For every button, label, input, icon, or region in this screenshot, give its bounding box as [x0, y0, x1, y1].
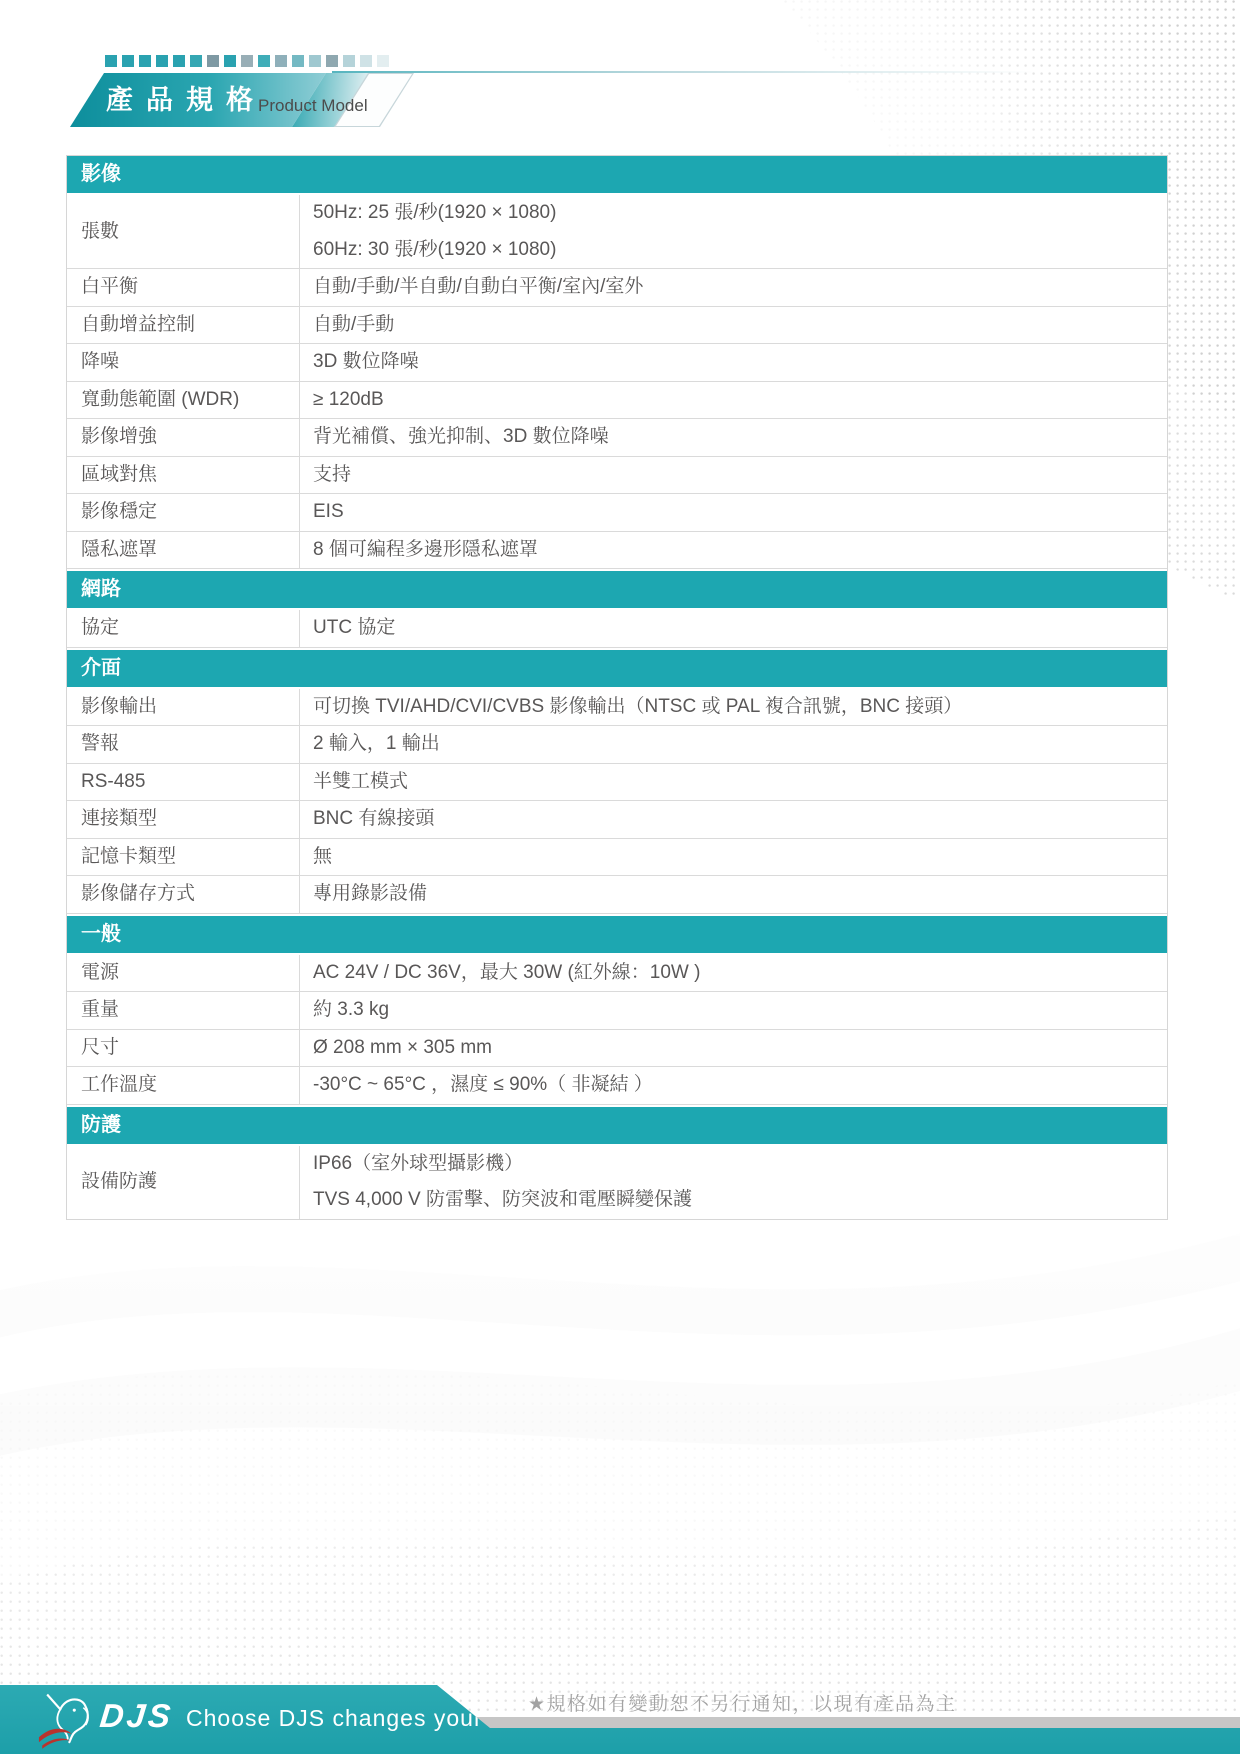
spec-value: 8 個可編程多邊形隱私遮罩	[300, 532, 1167, 569]
spec-row: 重量約 3.3 kg	[67, 992, 1167, 1030]
spec-label: 影像穩定	[67, 494, 300, 531]
spec-value: 背光補償、強光抑制、3D 數位降噪	[300, 419, 1167, 456]
section-header: 一般	[67, 914, 1167, 955]
spec-label: RS-485	[67, 764, 300, 801]
spec-row: 降噪3D 數位降噪	[67, 344, 1167, 382]
spec-value: -30°C ~ 65°C ，濕度 ≤ 90%（ 非凝結 ）	[300, 1067, 1167, 1104]
spec-value: UTC 協定	[300, 610, 1167, 647]
spec-row: 白平衡自動/手動/半自動/自動白平衡/室內/室外	[67, 269, 1167, 307]
spec-label: 連接類型	[67, 801, 300, 838]
spec-label: 記憶卡類型	[67, 839, 300, 876]
spec-label: 寬動態範圍 (WDR)	[67, 382, 300, 419]
decor-square	[173, 55, 185, 67]
spec-row: 影像儲存方式專用錄影設備	[67, 876, 1167, 914]
spec-value: 約 3.3 kg	[300, 992, 1167, 1029]
page-subtitle: Product Model	[258, 96, 368, 116]
spec-label: 設備防護	[67, 1146, 300, 1219]
spec-value: 2 輸入，1 輸出	[300, 726, 1167, 763]
spec-value: 無	[300, 839, 1167, 876]
spec-value: Ø 208 mm × 305 mm	[300, 1030, 1167, 1067]
decor-square	[292, 55, 304, 67]
spec-label: 白平衡	[67, 269, 300, 306]
spec-row: 設備防護IP66（室外球型攝影機）TVS 4,000 V 防雷擊、防突波和電壓瞬…	[67, 1146, 1167, 1219]
djs-unicorn-logo-icon	[34, 1688, 108, 1752]
spec-row: 協定UTC 協定	[67, 610, 1167, 648]
decor-square	[105, 55, 117, 67]
spec-value: 半雙工模式	[300, 764, 1167, 801]
spec-label: 自動增益控制	[67, 307, 300, 344]
spec-row: 尺寸Ø 208 mm × 305 mm	[67, 1030, 1167, 1068]
spec-row: 張數50Hz: 25 張/秒(1920 × 1080)60Hz: 30 張/秒(…	[67, 195, 1167, 269]
spec-value: 可切換 TVI/AHD/CVI/CVBS 影像輸出（NTSC 或 PAL 複合訊…	[300, 689, 1167, 726]
decor-square	[139, 55, 151, 67]
spec-row: 寬動態範圍 (WDR)≥ 120dB	[67, 382, 1167, 420]
spec-row: 區域對焦支持	[67, 457, 1167, 495]
decor-square	[156, 55, 168, 67]
spec-disclaimer-note: ★規格如有變動恕不另行通知，以現有產品為主	[528, 1689, 957, 1716]
spec-label: 工作溫度	[67, 1067, 300, 1104]
spec-label: 重量	[67, 992, 300, 1029]
section-header: 防護	[67, 1105, 1167, 1146]
decor-square	[326, 55, 338, 67]
spec-value: 3D 數位降噪	[300, 344, 1167, 381]
spec-row: 隱私遮罩8 個可編程多邊形隱私遮罩	[67, 532, 1167, 570]
spec-value: 自動/手動/半自動/自動白平衡/室內/室外	[300, 269, 1167, 306]
brand-name: DJS	[98, 1697, 175, 1735]
spec-value: 專用錄影設備	[300, 876, 1167, 913]
spec-row: 影像穩定EIS	[67, 494, 1167, 532]
spec-label: 張數	[67, 195, 300, 268]
spec-row: RS-485半雙工模式	[67, 764, 1167, 802]
decor-squares	[105, 55, 389, 67]
decor-square	[224, 55, 236, 67]
spec-row: 連接類型BNC 有線接頭	[67, 801, 1167, 839]
spec-row: 記憶卡類型無	[67, 839, 1167, 877]
decor-square	[122, 55, 134, 67]
spec-value: 支持	[300, 457, 1167, 494]
spec-value: ≥ 120dB	[300, 382, 1167, 419]
spec-value: 50Hz: 25 張/秒(1920 × 1080)60Hz: 30 張/秒(19…	[300, 195, 1167, 268]
decor-square	[343, 55, 355, 67]
spec-row: 影像增強背光補償、強光抑制、3D 數位降噪	[67, 419, 1167, 457]
spec-label: 協定	[67, 610, 300, 647]
decor-square	[360, 55, 372, 67]
spec-row: 工作溫度-30°C ~ 65°C ，濕度 ≤ 90%（ 非凝結 ）	[67, 1067, 1167, 1105]
decor-square	[275, 55, 287, 67]
spec-label: 影像增強	[67, 419, 300, 456]
banner-underline	[332, 71, 1072, 73]
spec-label: 影像輸出	[67, 689, 300, 726]
spec-table: 影像張數50Hz: 25 張/秒(1920 × 1080)60Hz: 30 張/…	[66, 155, 1168, 1220]
spec-value: IP66（室外球型攝影機）TVS 4,000 V 防雷擊、防突波和電壓瞬變保護	[300, 1146, 1167, 1219]
decor-square	[241, 55, 253, 67]
spec-value: EIS	[300, 494, 1167, 531]
swoosh-decoration-bottom	[0, 1150, 1240, 1754]
spec-label: 影像儲存方式	[67, 876, 300, 913]
section-header: 網路	[67, 569, 1167, 610]
spec-label: 區域對焦	[67, 457, 300, 494]
spec-label: 降噪	[67, 344, 300, 381]
decor-square	[190, 55, 202, 67]
decor-square	[258, 55, 270, 67]
spec-row: 電源AC 24V / DC 36V，最大 30W (紅外線：10W )	[67, 955, 1167, 993]
spec-sheet-page: 產品規格 Product Model 影像張數50Hz: 25 張/秒(1920…	[0, 0, 1240, 1754]
decor-square	[207, 55, 219, 67]
spec-row: 影像輸出可切換 TVI/AHD/CVI/CVBS 影像輸出（NTSC 或 PAL…	[67, 689, 1167, 727]
spec-row: 警報2 輸入，1 輸出	[67, 726, 1167, 764]
spec-label: 警報	[67, 726, 300, 763]
spec-label: 尺寸	[67, 1030, 300, 1067]
decor-square	[309, 55, 321, 67]
spec-value: AC 24V / DC 36V，最大 30W (紅外線：10W )	[300, 955, 1167, 992]
spec-label: 隱私遮罩	[67, 532, 300, 569]
spec-value: 自動/手動	[300, 307, 1167, 344]
spec-value: BNC 有線接頭	[300, 801, 1167, 838]
spec-row: 自動增益控制自動/手動	[67, 307, 1167, 345]
decor-square	[377, 55, 389, 67]
section-header: 影像	[67, 156, 1167, 195]
spec-label: 電源	[67, 955, 300, 992]
section-header: 介面	[67, 648, 1167, 689]
